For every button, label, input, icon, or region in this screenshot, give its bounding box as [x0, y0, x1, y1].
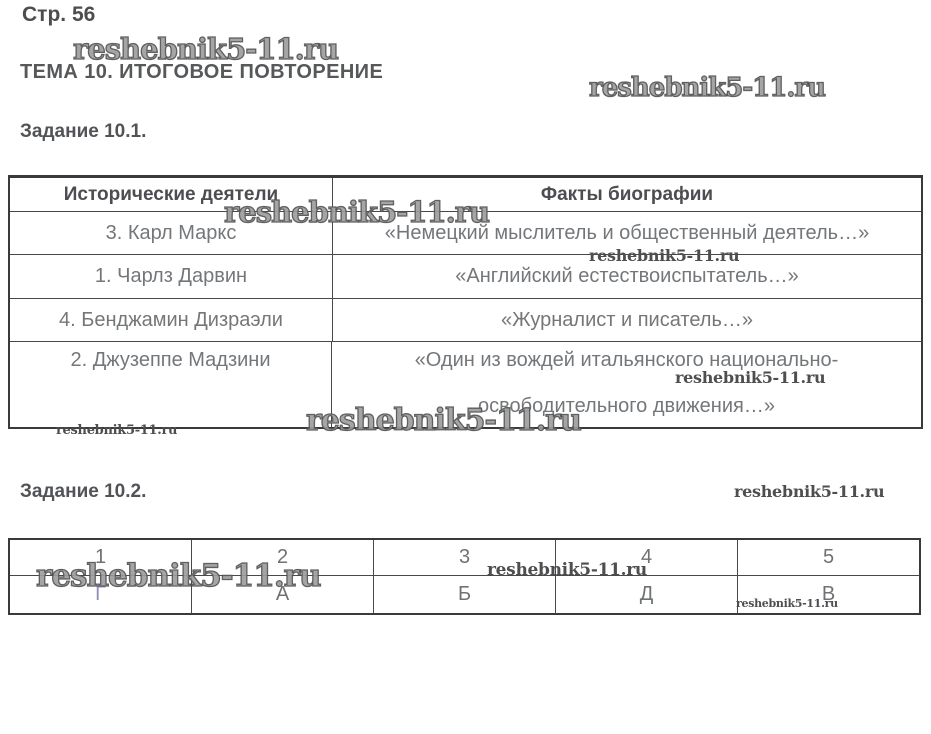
document-page: Стр. 56 ТЕМА 10. ИТОГОВОЕ ПОВТОРЕНИЕ Зад… [0, 0, 931, 734]
column-header-5: 5 [737, 540, 919, 575]
column-header-historical-figures: Исторические деятели [10, 178, 333, 211]
answer-cell-3: Б [373, 576, 555, 613]
table-row: 2. Джузеппе Мадзини «Один из вождей итал… [10, 341, 921, 427]
answer-cell-5: В [737, 576, 919, 613]
column-header-4: 4 [555, 540, 737, 575]
task-2-label: Задание 10.2. [20, 481, 146, 503]
fact-line-2: освободительного движения…» [478, 395, 775, 418]
topic-title: ТЕМА 10. ИТОГОВОЕ ПОВТОРЕНИЕ [20, 61, 383, 84]
person-cell: 2. Джузеппе Мадзини [10, 342, 332, 427]
column-header-biography-facts: Факты биографии [333, 178, 921, 211]
watermark-stamp: reshebnik5-11.ru [734, 482, 884, 501]
answer-cell-1: Г [10, 576, 191, 613]
table-header-row: 1 2 3 4 5 [10, 540, 919, 575]
page-number-label: Стр. 56 [22, 3, 95, 27]
task-1-label: Задание 10.1. [20, 121, 146, 143]
table-answer-row: Г А Б Д В [10, 575, 919, 613]
table-row: 1. Чарлз Дарвин «Английский естествоиспы… [10, 254, 921, 298]
person-cell: 3. Карл Маркс [10, 212, 333, 254]
person-cell: 1. Чарлз Дарвин [10, 255, 333, 298]
answer-cell-4: Д [555, 576, 737, 613]
fact-cell: «Журналист и писатель…» [333, 299, 921, 341]
watermark-stamp: reshebnik5-11.ru [589, 73, 825, 103]
table-row: 4. Бенджамин Дизраэли «Журналист и писат… [10, 298, 921, 341]
fact-line-1: «Один из вождей итальянского национально… [415, 349, 839, 372]
fact-cell: «Английский естествоиспытатель…» [333, 255, 921, 298]
column-header-2: 2 [191, 540, 373, 575]
task-2-table: 1 2 3 4 5 Г А Б Д В [8, 538, 921, 615]
column-header-3: 3 [373, 540, 555, 575]
table-header-row: Исторические деятели Факты биографии [10, 178, 921, 211]
fact-cell: «Один из вождей итальянского национально… [332, 342, 921, 427]
table-row: 3. Карл Маркс «Немецкий мыслитель и обще… [10, 211, 921, 254]
answer-cell-2: А [191, 576, 373, 613]
task-1-table: Исторические деятели Факты биографии 3. … [8, 175, 923, 429]
fact-cell: «Немецкий мыслитель и общественный деяте… [333, 212, 921, 254]
person-cell: 4. Бенджамин Дизраэли [10, 299, 333, 341]
column-header-1: 1 [10, 540, 191, 575]
